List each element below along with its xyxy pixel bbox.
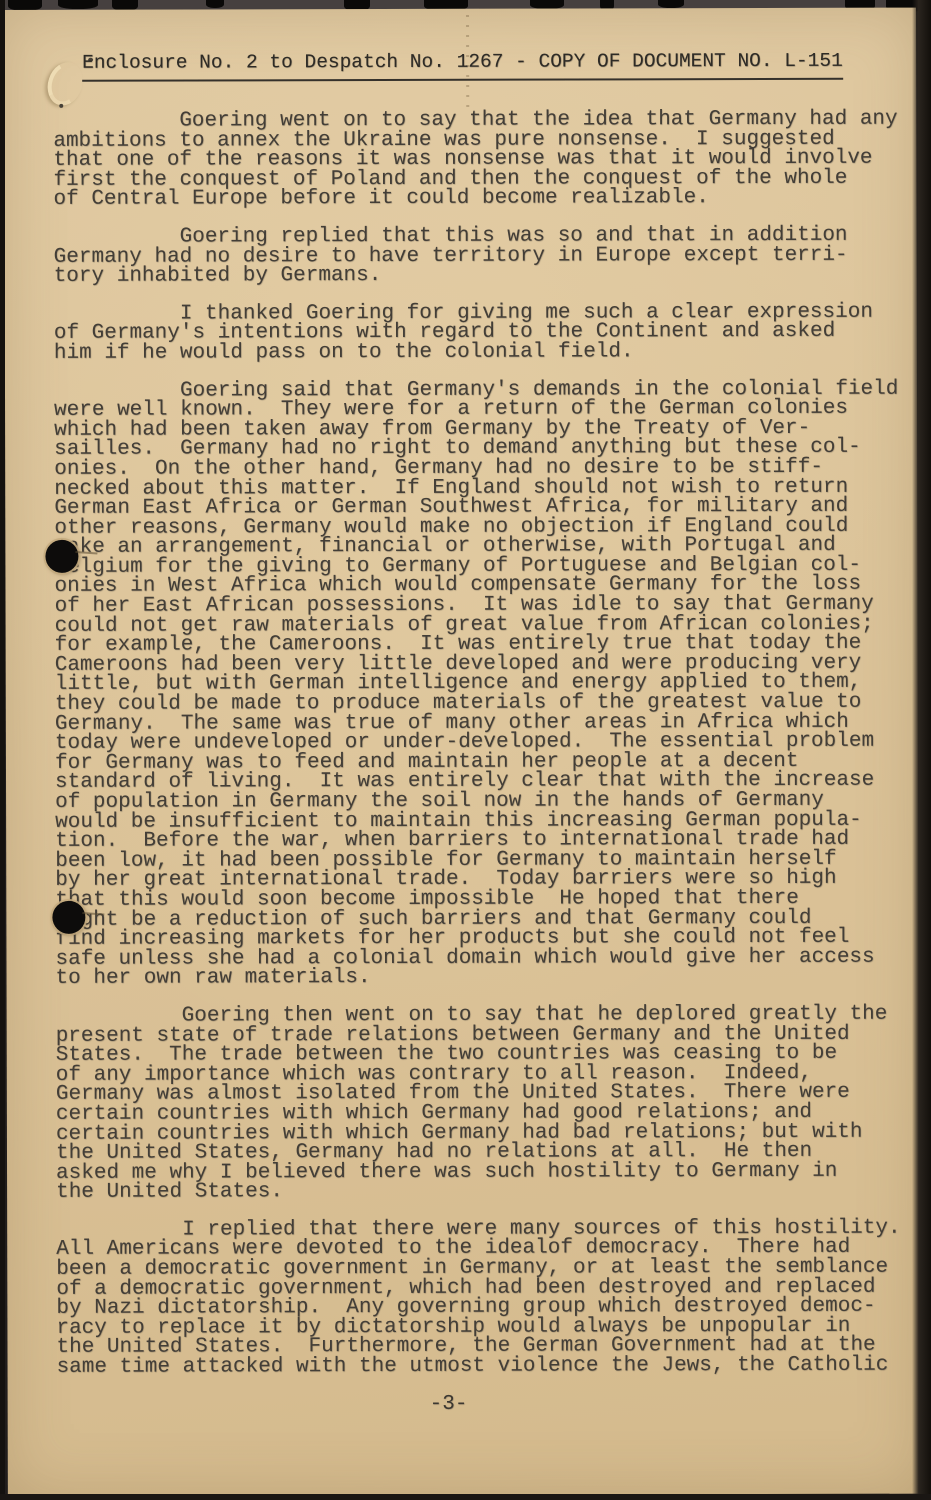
paragraph-hostility-reply: I replied that there were many sources o… xyxy=(56,1218,916,1377)
paragraph-colonial-demands: Goering said that Germany's demands in t… xyxy=(54,379,916,989)
paragraph-goering-territory: Goering replied that this was so and tha… xyxy=(54,226,914,287)
scan-artifact xyxy=(206,0,224,8)
page-number: -3- xyxy=(430,1393,468,1416)
scan-edge-bottom xyxy=(0,1494,931,1500)
document-scan: Enclosure No. 2 to Despatch No. 1267 - C… xyxy=(0,0,931,1500)
ink-speck xyxy=(59,104,63,108)
paragraph-trade-relations: Goering then went on to say that he depl… xyxy=(56,1005,917,1203)
scan-edge-left xyxy=(0,0,5,1500)
scan-artifact xyxy=(658,0,684,8)
scan-artifact xyxy=(58,0,98,9)
document-header-title: Enclosure No. 2 to Despatch No. 1267 - C… xyxy=(82,50,843,82)
paragraph-thanked-goering: I thanked Goering for giving me such a c… xyxy=(54,302,914,363)
document-page: Enclosure No. 2 to Despatch No. 1267 - C… xyxy=(4,8,920,1496)
paragraph-goering-ukraine: Goering went on to say that the idea tha… xyxy=(53,110,913,210)
punch-hole-bottom xyxy=(52,901,85,934)
document-body: Goering went on to say that the idea tha… xyxy=(53,110,916,1396)
punch-hole-top xyxy=(45,540,78,573)
scan-edge-right xyxy=(912,0,931,1500)
